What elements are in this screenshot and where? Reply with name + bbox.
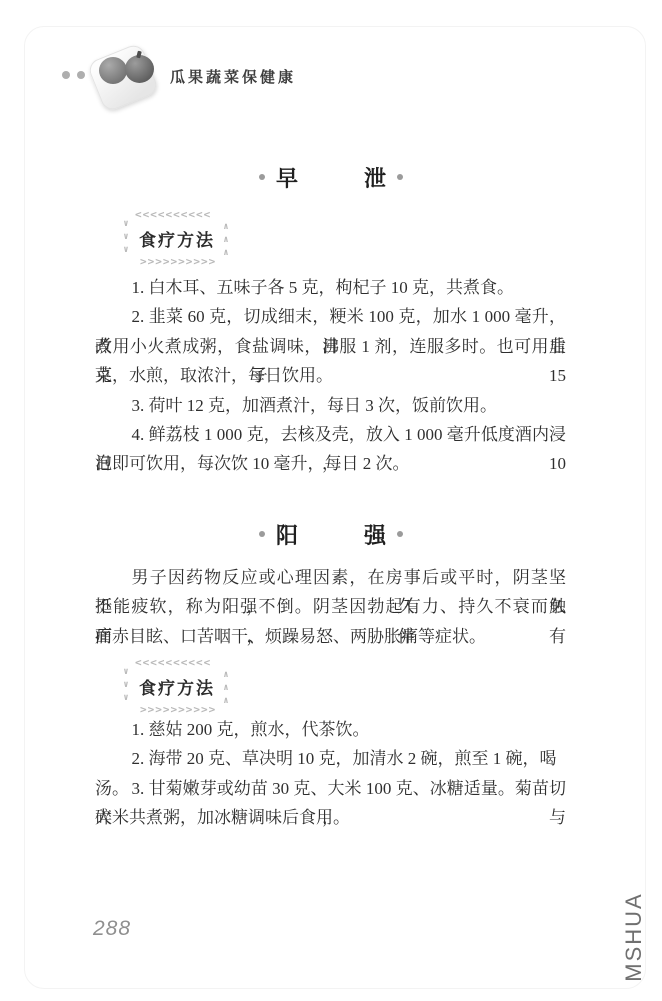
text-line: 1. 白木耳、五味子各 5 克，枸杞子 10 克，共煮食。	[95, 273, 566, 302]
title-bullet-icon	[259, 531, 265, 537]
fruit-plate-logo	[84, 42, 168, 112]
section2-intro: 男子因药物反应或心理因素，在房事后或平时，阴茎坚挺，久久 不能疲软，称为阳强不倒…	[95, 563, 566, 651]
dot-icon	[62, 71, 70, 79]
badge-label: 食疗方法	[127, 663, 227, 709]
page-number: 288	[93, 917, 131, 941]
section-title-yangqiang: 阳 强	[0, 519, 662, 549]
text-line: 4. 鲜荔枝 1 000 克，去核及壳，放入 1 000 毫升低度酒内浸泡，10	[95, 420, 566, 449]
text-line: 3. 甘菊嫩芽或幼苗 30 克、大米 100 克、冰糖适量。菊苗切碎，与	[95, 774, 566, 803]
text-line: 2. 海带 20 克、草决明 10 克，加清水 2 碗，煎至 1 碗，喝汤。	[95, 744, 566, 773]
book-page: 瓜果蔬菜保健康 早 泄 <<<<<<<<<< >>>>>>>>>> ∨∨∨ ∧∧…	[0, 0, 662, 1001]
title-char: 早	[276, 162, 298, 193]
title-bullet-icon	[259, 174, 265, 180]
text-line: 改用小火煮成粥，食盐调味，日服 1 剂，连服多时。也可用韭菜子 15	[95, 332, 566, 361]
text-line: 3. 荷叶 12 克，加酒煮汁，每日 3 次，饭前饮用。	[95, 391, 566, 420]
section2-body: 1. 慈姑 200 克，煎水，代茶饮。 2. 海带 20 克、草决明 10 克，…	[95, 715, 566, 833]
text-line: 不能疲软，称为阳强不倒。阴茎因勃起有力、持久不衰而触痛，伴有	[95, 592, 566, 621]
title-char: 阳	[276, 519, 298, 550]
title-bullet-icon	[397, 531, 403, 537]
badge-label: 食疗方法	[127, 215, 227, 261]
diet-therapy-badge: <<<<<<<<<< >>>>>>>>>> ∨∨∨ ∧∧∧ 食疗方法	[127, 215, 227, 261]
fruit-icon-right	[125, 55, 154, 83]
title-bullet-icon	[397, 174, 403, 180]
book-series-title: 瓜果蔬菜保健康	[170, 66, 296, 87]
text-line: 1. 慈姑 200 克，煎水，代茶饮。	[95, 715, 566, 744]
diet-therapy-badge: <<<<<<<<<< >>>>>>>>>> ∨∨∨ ∧∧∧ 食疗方法	[127, 663, 227, 709]
text-line: 男子因药物反应或心理因素，在房事后或平时，阴茎坚挺，久久	[95, 563, 566, 592]
section-title-zaoxie: 早 泄	[0, 162, 662, 192]
title-char: 强	[364, 519, 386, 550]
watermark-text: MSHUA	[619, 877, 649, 997]
fruit-icon-left	[99, 57, 127, 84]
text-line: 2. 韭菜 60 克，切成细末，粳米 100 克，加水 1 000 毫升，煮沸后	[95, 302, 566, 331]
title-char: 泄	[364, 162, 386, 193]
section1-body: 1. 白木耳、五味子各 5 克，枸杞子 10 克，共煮食。 2. 韭菜 60 克…	[95, 273, 566, 479]
